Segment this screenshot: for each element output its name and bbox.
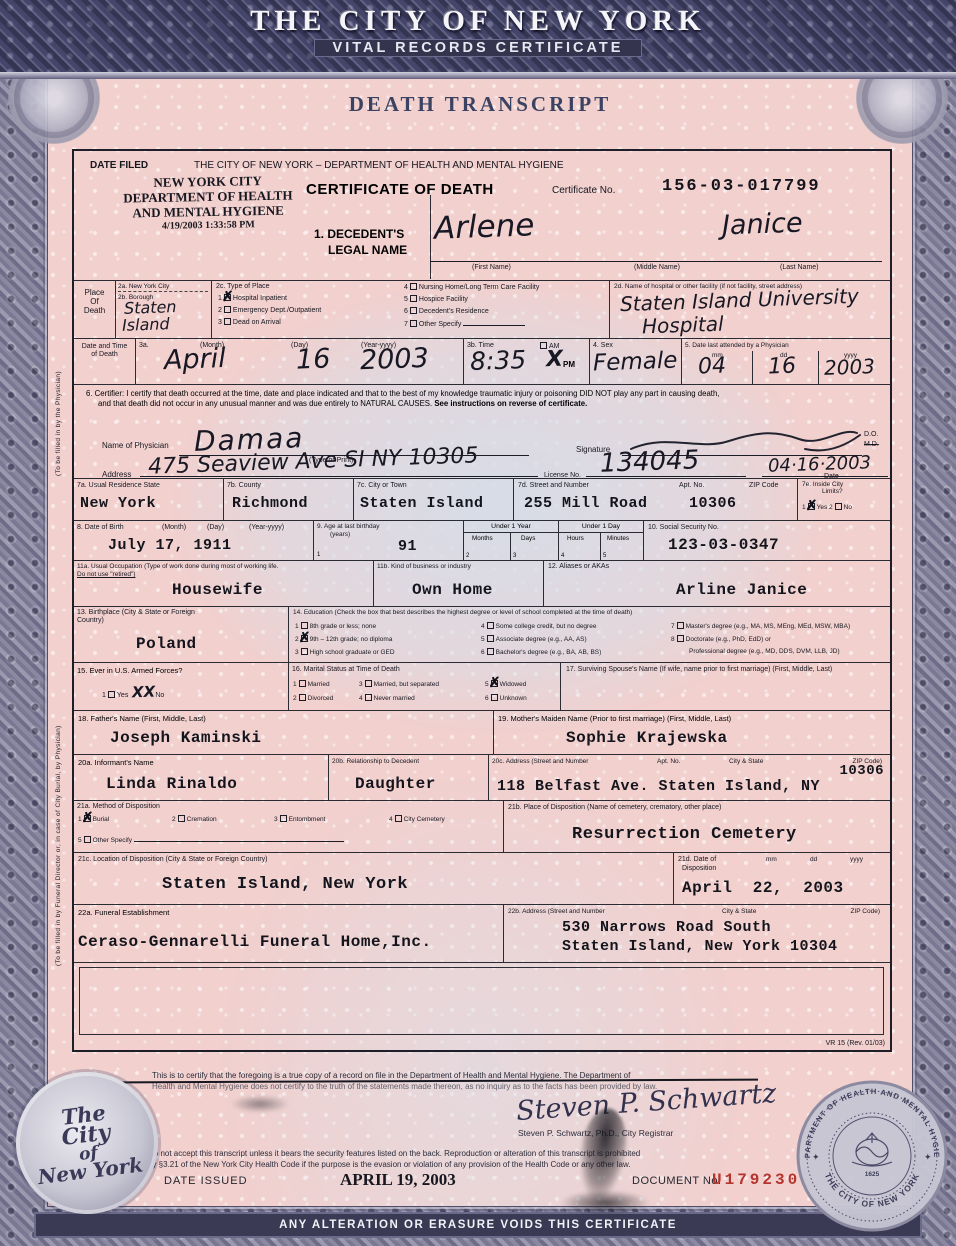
decedent-name-label: 1. DECEDENT'S (314, 227, 404, 241)
decedent-last-name: Janice (721, 208, 803, 242)
option-9th-12th-grade: 29th – 12th grade; no diploma (295, 635, 392, 643)
option-some-college: 4Some college credit, but no degree (481, 622, 596, 630)
pm-label: PM (563, 360, 575, 369)
checkbox (487, 648, 494, 655)
checkbox (808, 503, 815, 510)
place-of-death-row: Place Of Death 2a. New York City 2b. Bor… (74, 281, 890, 339)
pm-handwritten-mark: X (546, 347, 564, 373)
field-12-label: 12. Aliases or AKAs (548, 563, 609, 571)
option-bachelors-degree: 6Bachelor's degree (e.g., BA, AB, BS) (481, 648, 601, 656)
certificate-of-death-form: DATE FILED THE CITY OF NEW YORK – DEPART… (72, 149, 892, 1052)
certificate-title: CERTIFICATE OF DEATH (306, 181, 494, 198)
death-year-value: 2003 (359, 343, 429, 376)
option-hospital-inpatient: 1Hospital Inpatient (218, 294, 287, 302)
funeral-row: 22a. Funeral Establishment Ceraso-Gennar… (74, 905, 890, 963)
field-5-label: 5. Date last attended by a Physician (685, 342, 789, 349)
field-15-label: 15. Ever in U.S. Armed Forces? (77, 666, 182, 675)
date-filed-label: DATE FILED (90, 160, 148, 171)
informant-name-value: Linda Rinaldo (106, 775, 237, 793)
business-value: Own Home (412, 581, 493, 599)
death-datetime-head: Date and Time (74, 343, 135, 351)
form-header-row: DATE FILED THE CITY OF NEW YORK – DEPART… (74, 151, 890, 281)
middle-name-label: (Middle Name) (634, 264, 680, 272)
funeral-establishment-value: Ceraso-Gennarelli Funeral Home,Inc. (78, 933, 432, 951)
father-name-value: Joseph Kaminski (110, 729, 262, 747)
disposition-method-row: 21a. Method of Disposition 1Burial 2Crem… (74, 801, 890, 853)
field-21c-label: 21c. Location of Disposition (City & Sta… (78, 856, 267, 864)
md-label: M.D. (864, 441, 879, 449)
disposition-location-value: Staten Island, New York (162, 875, 408, 894)
option-disposition-other: 5Other Specify (78, 835, 344, 844)
field-22b-label: 22b. Address (Street and Number (508, 908, 605, 915)
seal-star-left: ✦ (812, 1152, 820, 1162)
checkbox (487, 622, 494, 629)
certificate-no-value: 156-03-017799 (662, 177, 821, 196)
aliases-value: Arline Janice (676, 581, 807, 599)
checkbox (835, 503, 842, 510)
date-issued-value: APRIL 19, 2003 (340, 1170, 456, 1190)
option-married: 1Married (293, 680, 330, 688)
checkbox (299, 680, 306, 687)
field-16-label: 16. Marital Status at Time of Death (292, 666, 400, 674)
apt-no-label: Apt. No. (657, 758, 680, 765)
under-1-day-header: Under 1 Day (559, 521, 643, 533)
option-widowed: 5Widowed (485, 680, 526, 688)
divider (752, 351, 753, 384)
residence-county-value: Richmond (232, 495, 308, 512)
do-label: D.O. (864, 431, 878, 439)
option-high-school: 3High school graduate or GED (295, 648, 395, 656)
option-never-married: 4Never married (359, 694, 415, 702)
divider (430, 195, 431, 279)
relationship-value: Daughter (355, 775, 436, 793)
checkbox (301, 622, 308, 629)
option-other-specify: 7Other Specify (404, 319, 525, 328)
address-label: Address (102, 470, 131, 479)
inside-city-limits-options: 1Yes 2No (802, 503, 852, 511)
checkbox (365, 694, 372, 701)
parents-row: 18. Father's Name (First, Middle, Last) … (74, 711, 890, 755)
option-unknown: 6Unknown (485, 694, 527, 702)
checkbox (224, 306, 231, 313)
field-8-label: 8. Date of Birth (77, 524, 124, 532)
option-emergency-dept: 2Emergency Dept./Outpatient (218, 306, 321, 314)
document-no-value: U179230 (712, 1171, 800, 1189)
checkbox (301, 648, 308, 655)
checkbox (410, 307, 417, 314)
disposition-date-value: April 22, 2003 (682, 879, 844, 897)
bottom-warning-strip: ANY ALTERATION OR ERASURE VOIDS THIS CER… (36, 1214, 920, 1236)
field-17-label: 17. Surviving Spouse's Name (If wife, na… (566, 666, 832, 674)
form-number: VR 15 (Rev. 01/03) (826, 1040, 885, 1048)
birthplace-education-row: 13. Birthplace (City & State or Foreign … (74, 607, 890, 663)
sex-value: Female (593, 348, 678, 377)
option-married-separated: 3Married, but separated (359, 680, 439, 688)
checkbox (487, 635, 494, 642)
field-7d-label: 7d. Street and Number (518, 482, 589, 490)
place-of-death-head: Place (74, 288, 115, 297)
last-attended-mm: 04 (698, 354, 727, 380)
birthplace-value: Poland (136, 635, 197, 653)
certifier-statement-line2: and that death did not occur in any unus… (98, 399, 587, 408)
field-11a-label: 11a. Usual Occupation (Type of work done… (77, 563, 278, 570)
field-14-label: 14. Education (Check the box that best d… (293, 609, 632, 616)
side-note-physician: (To be filled in by the Physician) (55, 276, 62, 476)
checkbox (108, 691, 115, 698)
document-no-label: DOCUMENT No. (632, 1175, 722, 1187)
under-1-year-header: Under 1 Year (464, 521, 558, 533)
field-7c-label: 7c. City or Town (357, 482, 407, 490)
department-of-health-seal: DEPARTMENT OF HEALTH AND MENTAL HYGIENE … (796, 1080, 948, 1232)
field-10-label: 10. Social Security No. (648, 524, 719, 532)
field-4-label: 4. Sex (593, 342, 613, 350)
field-18-label: 18. Father's Name (First, Middle, Last) (78, 714, 206, 723)
residence-state-value: New York (80, 495, 156, 512)
field-13-label: 13. Birthplace (City & State or Foreign (77, 609, 195, 617)
city-state-label: City & State (722, 908, 756, 915)
field-21d-label: 21d. Date of (678, 856, 716, 864)
first-name-label: (First Name) (472, 264, 511, 272)
top-divider-rule (0, 72, 956, 79)
date-of-birth-value: July 17, 1911 (108, 537, 232, 554)
age-value: 91 (398, 538, 417, 555)
checkbox (280, 815, 287, 822)
checkbox (677, 622, 684, 629)
checkbox (395, 815, 402, 822)
armed-forces-options: 1Yes XXNo (102, 683, 164, 701)
checkbox (178, 815, 185, 822)
option-nursing-home: 4Nursing Home/Long Term Care Facility (404, 283, 539, 291)
field-2a-label: 2a. New York City (118, 283, 169, 290)
option-professional-degree: Professional degree (e.g., MD, DDS, DVM,… (689, 648, 840, 655)
residence-zip-value: 10306 (689, 495, 737, 512)
checkbox (84, 815, 91, 822)
certificate-paper: DEATH TRANSCRIPT (To be filled in by the… (48, 79, 912, 1206)
ink-smudge (560, 1190, 650, 1216)
warning-line2: by §3.21 of the New York City Health Cod… (148, 1160, 631, 1169)
divider (818, 351, 819, 384)
last-attended-yyyy: 2003 (824, 354, 876, 380)
option-decedents-residence: 6Decedent's Residence (404, 307, 489, 315)
option-hospice: 5Hospice Facility (404, 295, 468, 303)
blank-line (463, 319, 525, 326)
certifier-row: 6. Certifier: I certify that death occur… (74, 385, 890, 479)
license-no-value: 134045 (600, 445, 700, 478)
death-month-value: April (163, 343, 226, 376)
field-21b-label: 21b. Place of Disposition (Name of cemet… (508, 804, 721, 812)
checkbox (224, 294, 231, 301)
physician-name-label: Name of Physician (102, 441, 169, 450)
checkbox (84, 836, 91, 843)
certifier-statement-line1: 6. Certifier: I certify that death occur… (86, 389, 719, 398)
birth-age-ssn-row: 8. Date of Birth (Month) (Day) (Year-yyy… (74, 521, 890, 561)
death-transcript-page: THE CITY OF NEW YORK VITAL RECORDS CERTI… (0, 0, 956, 1246)
option-masters-degree: 7Master's degree (e.g., MA, MS, MEng, ME… (671, 622, 850, 630)
occupation-row: 11a. Usual Occupation (Type of work done… (74, 561, 890, 607)
checkbox (410, 283, 417, 290)
banner-title: THE CITY OF NEW YORK (0, 5, 956, 38)
no-handwritten-mark: XX (132, 683, 156, 702)
name-underline (430, 261, 882, 262)
ssn-value: 123-03-0347 (668, 536, 779, 554)
field-9-label: 9. Age at last birthday (317, 523, 380, 530)
option-dead-on-arrival: 3Dead on Arrival (218, 318, 281, 326)
checkbox (410, 320, 417, 327)
department-line: THE CITY OF NEW YORK – DEPARTMENT OF HEA… (194, 160, 564, 171)
informant-address-value: 118 Belfast Ave. Staten Island, NY (497, 778, 820, 795)
funeral-address-line2: Staten Island, New York 10304 (562, 938, 838, 955)
death-day-value: 16 (295, 343, 330, 375)
occupation-value: Housewife (172, 581, 263, 599)
field-20b-label: 20b. Relationship to Decedent (332, 758, 419, 765)
option-entombment: 3Entombment (274, 815, 325, 823)
field-20c-label: 20c. Address (Street and Number (492, 758, 588, 765)
date-issued-label: DATE ISSUED (164, 1175, 248, 1187)
ink-smudge (230, 1095, 290, 1113)
blank-line (134, 835, 344, 842)
field-7a-label: 7a. Usual Residence State (77, 482, 160, 490)
checkbox (224, 318, 231, 325)
seal-star-right: ✦ (924, 1152, 932, 1162)
field-3a-label: 3a. (139, 342, 149, 350)
last-attended-dd: 16 (768, 354, 797, 380)
field-7b-label: 7b. County (227, 482, 261, 490)
residence-street-value: 255 Mill Road (524, 495, 648, 512)
zip-code-label: ZIP Code) (850, 908, 880, 915)
disposition-place-value: Resurrection Cemetery (572, 825, 797, 844)
option-burial: 1Burial (78, 815, 109, 823)
field-11b-label: 11b. Kind of business or industry (377, 563, 471, 570)
filing-stamp: NEW YORK CITY DEPARTMENT OF HEALTH AND M… (102, 173, 315, 233)
last-name-label: (Last Name) (780, 264, 819, 272)
death-datetime-row: Date and Time of Death 3a. (Month) (Day)… (74, 339, 890, 385)
empty-box (79, 967, 884, 1035)
zip-code-label: ZIP Code (749, 482, 778, 490)
informant-zip-value: 10306 (839, 763, 884, 779)
checkbox (677, 635, 684, 642)
side-note-funeral-director: (To be filled in by Funeral Director or,… (55, 556, 62, 966)
city-state-label: City & State (729, 758, 763, 765)
certify-statement-line2: Health and Mental Hygiene does not certi… (152, 1082, 657, 1091)
banner-subtitle: VITAL RECORDS CERTIFICATE (314, 39, 643, 57)
field-22a-label: 22a. Funeral Establishment (78, 908, 169, 917)
checkbox (299, 694, 306, 701)
option-divorced: 2Divorced (293, 694, 333, 702)
checkbox (301, 635, 308, 642)
checkbox (410, 295, 417, 302)
checkbox (491, 680, 498, 687)
option-doctorate: 8Doctorate (e.g., PhD, EdD) or (671, 635, 771, 643)
apt-no-label: Apt. No. (679, 482, 704, 490)
decedent-first-name: Arlene (433, 207, 535, 246)
residence-city-value: Staten Island (360, 495, 484, 512)
empty-section-row: VR 15 (Rev. 01/03) (74, 963, 890, 1050)
field-20a-label: 20a. Informant's Name (78, 758, 154, 767)
document-type-title: DEATH TRANSCRIPT (48, 92, 912, 117)
field-19-label: 19. Mother's Maiden Name (Prior to first… (498, 714, 731, 723)
option-cremation: 2Cremation (172, 815, 217, 823)
funeral-address-line1: 530 Narrows Road South (562, 919, 771, 936)
residence-row: 7a. Usual Residence State New York 7b. C… (74, 479, 890, 521)
divider (118, 291, 208, 292)
warning-line1: Do not accept this transcript unless it … (148, 1149, 640, 1158)
certificate-no-label: Certificate No. (552, 185, 615, 196)
certifier-date-value: 04·16·2003 (768, 452, 872, 477)
military-marital-row: 15. Ever in U.S. Armed Forces? 1Yes XXNo… (74, 663, 890, 711)
option-associate-degree: 5Associate degree (e.g., AA, AS) (481, 635, 587, 643)
svg-text:1625: 1625 (865, 1171, 880, 1178)
top-banner: THE CITY OF NEW YORK VITAL RECORDS CERTI… (0, 0, 956, 72)
informant-row: 20a. Informant's Name Linda Rinaldo 20b.… (74, 755, 890, 801)
disposition-location-row: 21c. Location of Disposition (City & Sta… (74, 853, 890, 905)
checkbox (491, 694, 498, 701)
checkbox (365, 680, 372, 687)
option-city-cemetery: 4City Cemetery (389, 815, 445, 823)
mother-name-value: Sophie Krajewska (566, 729, 728, 747)
death-time-value: 8:35 (470, 345, 527, 376)
